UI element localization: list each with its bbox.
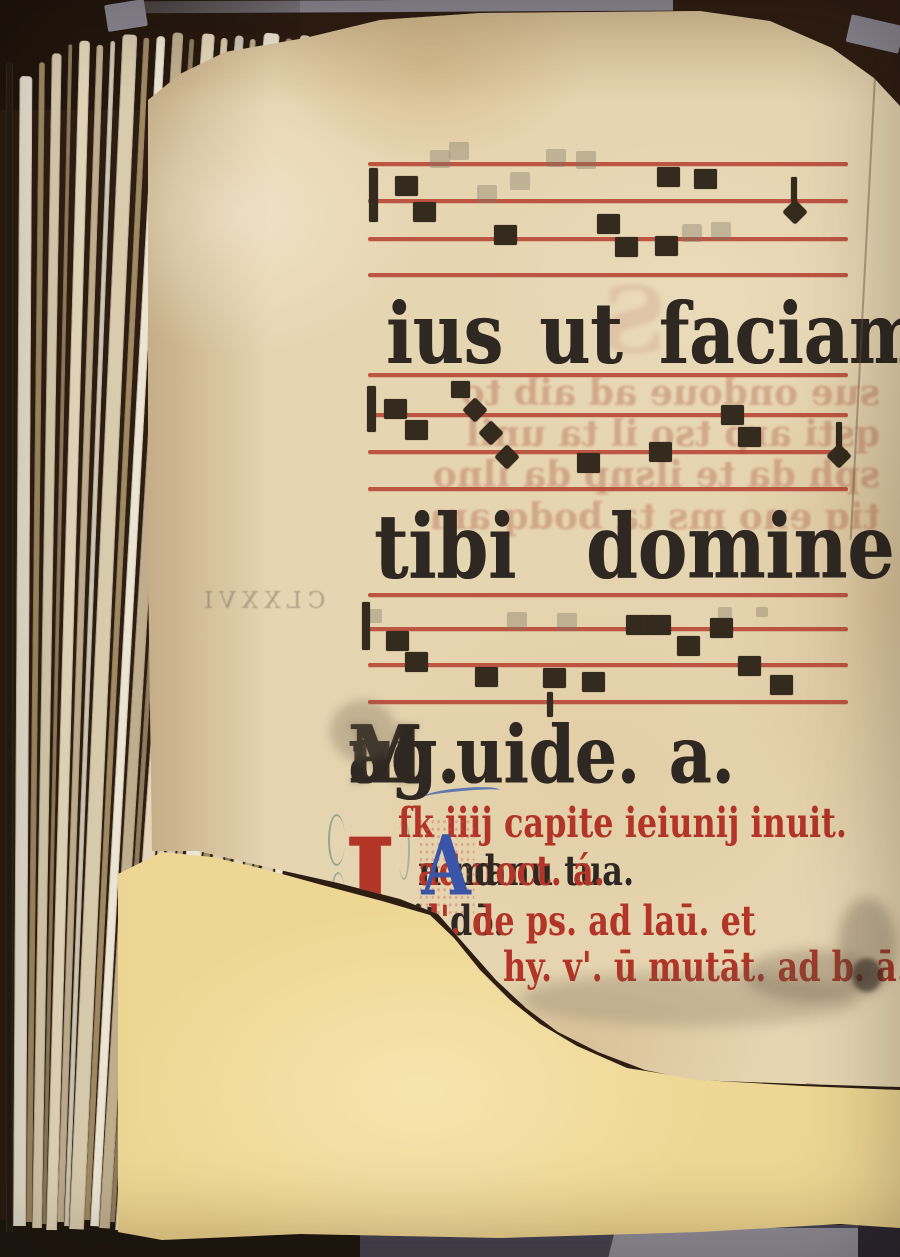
neume-square (649, 442, 672, 462)
folio-number-bleedthrough: CLXXVI (198, 588, 325, 614)
bleedthrough-neume (507, 612, 527, 630)
neume-square (386, 631, 409, 651)
bleedthrough-neume (510, 172, 530, 190)
rubric-line-2: n manu tua. ad noct. á. Ad (418, 846, 474, 895)
neume-square (738, 656, 761, 676)
rubric-line2-black-d: d (474, 846, 496, 895)
manuscript-photo: sue ondoue ad aib to qsti arp tso il ta … (0, 0, 900, 1257)
ink-smudge (330, 700, 396, 762)
bleedthrough-neume (546, 149, 566, 167)
staff-2-line (368, 487, 848, 491)
staff-3-line (368, 627, 848, 631)
staff-2-line (368, 450, 848, 454)
bleedthrough-neume (477, 185, 497, 203)
staff-1-line (368, 273, 848, 277)
staff-3-line (368, 700, 848, 704)
staff-start-bar (362, 602, 370, 650)
neume-square (657, 167, 680, 187)
neume-square (494, 225, 517, 245)
neume-square (770, 675, 793, 695)
bleedthrough-neume (557, 613, 577, 631)
ink-spot (852, 958, 882, 992)
neume-square (543, 668, 566, 688)
bleedthrough-neume (449, 142, 469, 160)
bleedthrough-neume (682, 224, 702, 242)
neume-square (655, 236, 678, 256)
page-edge-strip (6, 62, 13, 1232)
staff-2-line (368, 413, 848, 417)
neume-square (615, 237, 638, 257)
neume-square (694, 169, 717, 189)
neume-square (577, 453, 600, 473)
bleedthrough-neume (576, 151, 596, 169)
bleedthrough-neume (756, 607, 768, 617)
neume-square (405, 420, 428, 440)
neume-square (626, 615, 649, 635)
staff-start-bar (367, 386, 376, 432)
neume-square (710, 618, 733, 638)
neume-square (648, 615, 671, 635)
staff-3-line (368, 663, 848, 667)
bleedthrough-neume (430, 150, 450, 168)
neume-square (395, 176, 418, 196)
neume-square (677, 636, 700, 656)
neume-square (413, 202, 436, 222)
bleedthrough-neume (711, 222, 731, 240)
neume-square (721, 405, 744, 425)
chant-text-line-1: ius ut faciam (386, 284, 900, 384)
filigree-curl (328, 814, 345, 866)
gray-tab-top-right (846, 14, 900, 53)
staff-1-line (368, 237, 848, 241)
chant-text-line-2: tibi domine (374, 496, 894, 599)
staff-1-line (368, 199, 848, 203)
neume-square (405, 652, 428, 672)
neume-square (597, 214, 620, 234)
neume-square (738, 427, 761, 447)
neume-square (582, 672, 605, 692)
staff-start-bar (369, 168, 378, 222)
neume-square (475, 667, 498, 687)
neume-square (384, 399, 407, 419)
neume-tail (791, 177, 797, 202)
